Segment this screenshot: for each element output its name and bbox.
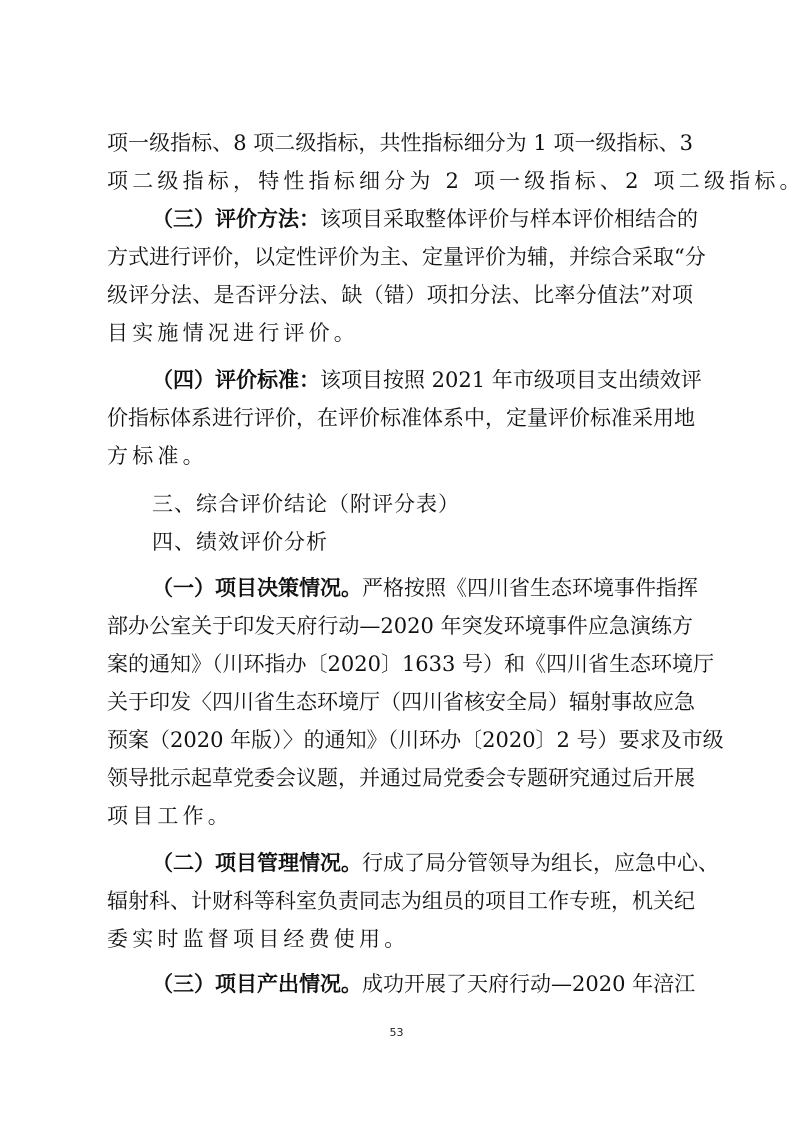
line-text: 价指标体系进行评价，在评价标准体系中，定量评价标准采用地	[107, 406, 695, 430]
line-text: 四、绩效评价分析	[152, 530, 328, 554]
line-text: 项二级指标，特性指标细分为 2 项一级指标、2 项二级指标。	[107, 169, 793, 193]
document-page: 项一级指标、8 项二级指标，共性指标细分为 1 项一级指标、3项二级指标，特性指…	[0, 0, 793, 1122]
paragraph-line: 关于印发〈四川省生态环境厅（四川省核安全局）辐射事故应急	[107, 688, 693, 716]
line-text: 案的通知》（川环指办〔2020〕1633 号）和《四川省生态环境厅	[107, 652, 714, 676]
line-text: 项目工作。	[107, 804, 233, 828]
paragraph-line: 方标准。	[107, 442, 693, 470]
section-heading: 四、绩效评价分析	[152, 528, 693, 556]
paragraph-line: 目实施情况进行评价。	[107, 319, 693, 347]
paragraph-line: 价指标体系进行评价，在评价标准体系中，定量评价标准采用地	[107, 404, 693, 432]
paragraph-first-line: （三）评价方法：该项目采取整体评价与样本评价相结合的	[152, 205, 693, 233]
paragraph-lead: （三）项目产出情况。	[152, 971, 362, 996]
paragraph-first-line: （四）评价标准：该项目按照 2021 年市级项目支出绩效评	[152, 366, 693, 394]
line-text: 委实时监督项目经费使用。	[107, 927, 409, 951]
paragraph-lead: （二）项目管理情况。	[152, 850, 362, 875]
paragraph-first-line: （二）项目管理情况。行成了局分管领导为组长，应急中心、	[152, 849, 693, 877]
paragraph-lead: （三）评价方法：	[152, 206, 320, 231]
line-text: 行成了局分管领导为组长，应急中心、	[362, 851, 719, 875]
line-text: 领导批示起草党委会议题，并通过局党委会专题研究通过后开展	[107, 766, 695, 790]
line-text: 预案（2020 年版）〉的通知》（川环办〔2020〕2 号）要求及市级	[107, 728, 724, 752]
paragraph-line: 项目工作。	[107, 802, 693, 830]
line-text: 该项目按照 2021 年市级项目支出绩效评	[320, 368, 702, 392]
paragraph-lead: （四）评价标准：	[152, 367, 320, 392]
line-text: 目实施情况进行评价。	[107, 321, 359, 345]
line-text: 项一级指标、8 项二级指标，共性指标细分为 1 项一级指标、3	[107, 131, 693, 155]
line-text: 级评分法、是否评分法、缺（错）项扣分法、比率分值法”对项	[107, 283, 693, 307]
line-text: 三、综合评价结论（附评分表）	[152, 492, 460, 516]
paragraph-line: 项一级指标、8 项二级指标，共性指标细分为 1 项一级指标、3	[107, 129, 693, 157]
paragraph-line: 级评分法、是否评分法、缺（错）项扣分法、比率分值法”对项	[107, 281, 693, 309]
paragraph-line: 项二级指标，特性指标细分为 2 项一级指标、2 项二级指标。	[107, 167, 693, 195]
paragraph-line: 委实时监督项目经费使用。	[107, 925, 693, 953]
line-text: 方标准。	[107, 444, 208, 468]
paragraph-line: 案的通知》（川环指办〔2020〕1633 号）和《四川省生态环境厅	[107, 650, 693, 678]
paragraph-line: 方式进行评价，以定性评价为主、定量评价为辅，并综合采取“分	[107, 243, 693, 271]
paragraph-first-line: （三）项目产出情况。成功开展了天府行动—2020 年涪江	[152, 970, 693, 998]
paragraph-line: 辐射科、计财科等科室负责同志为组员的项目工作专班，机关纪	[107, 887, 693, 915]
section-heading: 三、综合评价结论（附评分表）	[152, 490, 693, 518]
line-text: 辐射科、计财科等科室负责同志为组员的项目工作专班，机关纪	[107, 889, 695, 913]
line-text: 成功开展了天府行动—2020 年涪江	[362, 972, 695, 996]
paragraph-first-line: （一）项目决策情况。严格按照《四川省生态环境事件指挥	[152, 574, 693, 602]
paragraph-line: 预案（2020 年版）〉的通知》（川环办〔2020〕2 号）要求及市级	[107, 726, 693, 754]
paragraph-line: 领导批示起草党委会议题，并通过局党委会专题研究通过后开展	[107, 764, 693, 792]
line-text: 严格按照《四川省生态环境事件指挥	[362, 576, 698, 600]
line-text: 方式进行评价，以定性评价为主、定量评价为辅，并综合采取“分	[107, 245, 706, 269]
line-text: 该项目采取整体评价与样本评价相结合的	[320, 207, 698, 231]
paragraph-line: 部办公室关于印发天府行动—2020 年突发环境事件应急演练方	[107, 612, 693, 640]
page-number: 53	[0, 1026, 793, 1039]
line-text: 关于印发〈四川省生态环境厅（四川省核安全局）辐射事故应急	[107, 690, 695, 714]
paragraph-lead: （一）项目决策情况。	[152, 575, 362, 600]
line-text: 部办公室关于印发天府行动—2020 年突发环境事件应急演练方	[107, 614, 693, 638]
